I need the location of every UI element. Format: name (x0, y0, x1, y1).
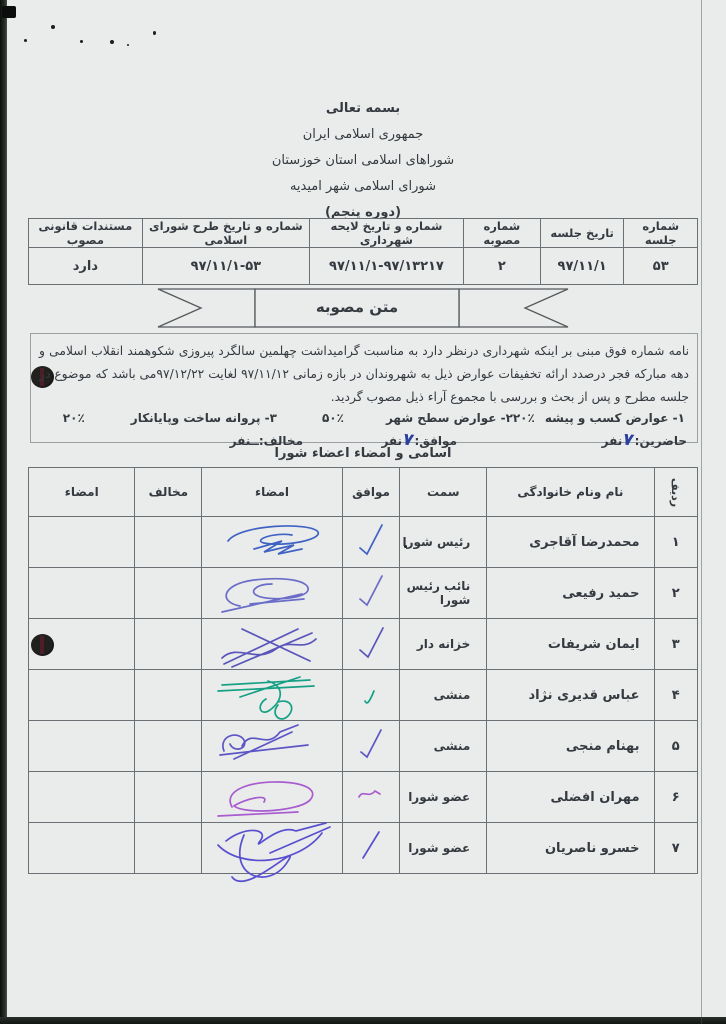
member-row: ۷خسرو ناصریانعضو شورا (29, 823, 698, 874)
member-oppose-signature-cell (29, 619, 135, 670)
signature-scribble-icon (212, 723, 332, 769)
letterhead: بسمه تعالی جمهوری اسلامی ایران شوراهای ا… (0, 96, 726, 226)
member-row-number: ۲ (654, 568, 697, 619)
member-row: ۱محمدرضا آقاجریرئیس شورا (29, 517, 698, 568)
member-row: ۶مهران افضلیعضو شورا (29, 772, 698, 823)
member-name: بهنام منجی (487, 721, 654, 772)
checkmark-icon (351, 671, 391, 715)
signature-ink (203, 825, 340, 872)
resolution-banner: متن مصوبه (155, 287, 571, 329)
meta-col-header: شماره و تاریخ طرح شورای اسلامی (142, 219, 309, 248)
member-signature (202, 517, 342, 568)
signature-ink (203, 519, 340, 566)
resolution-meta-table: شماره جلسهتاریخ جلسهشماره مصوبهشماره و ت… (28, 218, 698, 285)
meta-col-header: شماره مصوبه (463, 219, 540, 248)
member-role: خزانه دار (400, 619, 487, 670)
signature-scribble-icon (212, 570, 332, 616)
member-agree-checkmark (342, 670, 400, 721)
dust-speck (51, 25, 55, 29)
member-row-number: ۱ (654, 517, 697, 568)
scanned-document-page: بسمه تعالی جمهوری اسلامی ایران شوراهای ا… (0, 0, 726, 1024)
meta-col-header: تاریخ جلسه (540, 219, 624, 248)
dust-speck (80, 40, 83, 43)
meta-value: ۵۳ (624, 248, 698, 285)
fee-percent: ۲۰٪ (513, 411, 535, 425)
meta-col-header: شماره جلسه (624, 219, 698, 248)
members-col-header: ردیف (654, 468, 697, 517)
member-oppose-signature-cell (29, 772, 135, 823)
signature-scribble-icon (212, 825, 332, 871)
member-role: عضو شورا (400, 823, 487, 874)
member-row-number: ۵ (654, 721, 697, 772)
members-header-row: ردیفنام ونام خانوادگیسمتموافقامضاءمخالفا… (29, 468, 698, 517)
member-row-number: ۶ (654, 772, 697, 823)
member-oppose-signature-cell (29, 670, 135, 721)
members-col-header: امضاء (202, 468, 342, 517)
checkmark-icon (351, 722, 391, 766)
member-role: منشی (400, 670, 487, 721)
member-oppose-cell (135, 517, 202, 568)
checkmark-icon (351, 620, 391, 664)
member-agree-checkmark (342, 517, 400, 568)
member-row-number: ۷ (654, 823, 697, 874)
attendance-handwritten-mark: ٧ (621, 434, 636, 445)
members-body: ۱محمدرضا آقاجریرئیس شورا۲حمید رفیعینائب … (29, 517, 698, 874)
meta-value: ۹۷/۱۱/۱-۹۷/۱۳۲۱۷ (310, 248, 464, 285)
member-row: ۳ایمان شریفاتخزانه دار (29, 619, 698, 670)
members-table: ردیفنام ونام خانوادگیسمتموافقامضاءمخالفا… (28, 467, 698, 874)
scan-corner-mark (2, 6, 16, 18)
fee-item: ۳- پروانه ساخت وپایانکار۲۰٪ (63, 411, 277, 425)
member-row: ۲حمید رفیعینائب رئیس شورا (29, 568, 698, 619)
bismillah-line: بسمه تعالی (0, 96, 726, 122)
fee-item: ۱- عوارض کسب و پیشه۲۰٪ (513, 411, 685, 425)
signature-ink (203, 672, 340, 719)
banner-title: متن مصوبه (255, 287, 459, 327)
member-oppose-cell (135, 721, 202, 772)
member-role: منشی (400, 721, 487, 772)
meta-col-header: مستندات قانونی مصوب (29, 219, 143, 248)
member-role: رئیس شورا (400, 517, 487, 568)
country-line: جمهوری اسلامی ایران (0, 122, 726, 148)
meta-header-row: شماره جلسهتاریخ جلسهشماره مصوبهشماره و ت… (29, 219, 698, 248)
fee-percent: ۲۰٪ (63, 411, 85, 425)
meta-value-row: ۵۳۹۷/۱۱/۱۲۹۷/۱۱/۱-۹۷/۱۳۲۱۷۹۷/۱۱/۱-۵۳دارد (29, 248, 698, 285)
signature-scribble-icon (212, 621, 332, 667)
member-signature (202, 772, 342, 823)
member-name: محمدرضا آقاجری (487, 517, 654, 568)
dust-speck (24, 39, 27, 42)
member-agree-checkmark (342, 619, 400, 670)
signature-ink (203, 621, 340, 668)
members-col-header: نام ونام خانوادگی (487, 468, 654, 517)
checkmark-icon (351, 824, 391, 868)
members-section-title: اسامی و امضاء اعضاء شورا (0, 446, 726, 461)
member-agree-checkmark (342, 721, 400, 772)
meta-value: ۹۷/۱۱/۱-۵۳ (142, 248, 309, 285)
member-oppose-cell (135, 568, 202, 619)
meta-col-header: شماره و تاریخ لایحه شهرداری (310, 219, 464, 248)
resolution-text-box: نامه شماره فوق مبنی بر اینکه شهرداری درن… (30, 333, 698, 443)
member-signature (202, 619, 342, 670)
member-oppose-signature-cell (29, 823, 135, 874)
signature-ink (203, 774, 340, 821)
signature-ink (203, 570, 340, 617)
scan-edge-bottom (0, 1017, 726, 1024)
member-row: ۵بهنام منجیمنشی (29, 721, 698, 772)
member-name: حمید رفیعی (487, 568, 654, 619)
members-col-header: امضاء (29, 468, 135, 517)
members-col-header: سمت (400, 468, 487, 517)
meta-value: دارد (29, 248, 143, 285)
signature-scribble-icon (212, 774, 332, 820)
member-signature (202, 670, 342, 721)
checkmark-icon (351, 518, 391, 562)
member-role: عضو شورا (400, 772, 487, 823)
member-oppose-cell (135, 670, 202, 721)
resolution-body: نامه شماره فوق مبنی بر اینکه شهرداری درن… (39, 340, 689, 409)
members-col-header: موافق (342, 468, 400, 517)
meta-value: ۲ (463, 248, 540, 285)
member-signature (202, 568, 342, 619)
dust-speck (110, 40, 114, 44)
member-row-number: ۴ (654, 670, 697, 721)
members-col-header: مخالف (135, 468, 202, 517)
member-agree-checkmark (342, 772, 400, 823)
fee-label: ۲- عوارض سطح شهر (386, 411, 513, 425)
member-name: مهران افضلی (487, 772, 654, 823)
fee-percent: ۵۰٪ (322, 411, 344, 425)
signature-scribble-icon (212, 519, 332, 565)
member-name: ایمان شریفات (487, 619, 654, 670)
fee-label: ۱- عوارض کسب و پیشه (545, 411, 685, 425)
member-oppose-cell (135, 619, 202, 670)
member-signature (202, 823, 342, 874)
row-number-header: ردیف (669, 478, 682, 507)
attendance-handwritten-mark: ٧ (401, 434, 416, 445)
signature-ink (203, 723, 340, 770)
member-row-number: ۳ (654, 619, 697, 670)
member-agree-checkmark (342, 823, 400, 874)
member-oppose-signature-cell (29, 721, 135, 772)
fee-items-row: ۱- عوارض کسب و پیشه۲۰٪۲- عوارض سطح شهر۵۰… (39, 411, 689, 433)
member-signature (202, 721, 342, 772)
checkmark-icon (351, 569, 391, 613)
signature-scribble-icon (212, 672, 332, 718)
dust-speck (127, 44, 129, 46)
member-agree-checkmark (342, 568, 400, 619)
member-row: ۴عباس قدیری نژادمنشی (29, 670, 698, 721)
member-oppose-cell (135, 823, 202, 874)
province-line: شوراهای اسلامی استان خوزستان (0, 148, 726, 174)
member-oppose-cell (135, 772, 202, 823)
member-name: عباس قدیری نژاد (487, 670, 654, 721)
member-name: خسرو ناصریان (487, 823, 654, 874)
dust-speck (153, 31, 156, 35)
meta-value: ۹۷/۱۱/۱ (540, 248, 624, 285)
fee-label: ۳- پروانه ساخت وپایانکار (131, 411, 277, 425)
member-oppose-signature-cell (29, 517, 135, 568)
fee-item: ۲- عوارض سطح شهر۵۰٪ (322, 411, 513, 425)
member-oppose-signature-cell (29, 568, 135, 619)
checkmark-icon (351, 773, 391, 817)
city-council-line: شورای اسلامی شهر امیدیه (0, 174, 726, 200)
member-role: نائب رئیس شورا (400, 568, 487, 619)
